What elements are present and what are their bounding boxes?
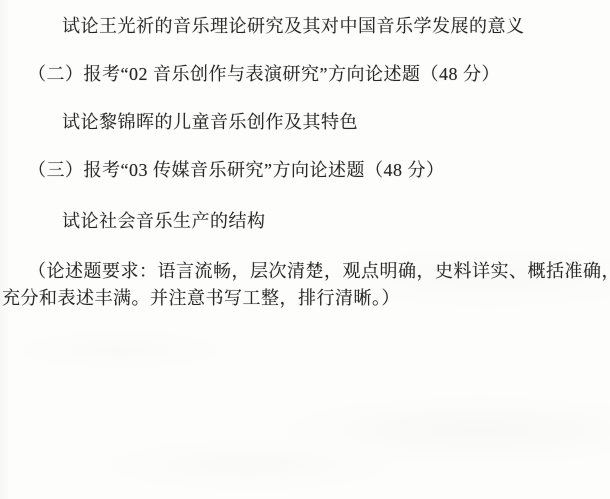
note-requirements-line-1: （论述题要求：语言流畅，层次清楚，观点明确，史料详实、概括准确，举证 xyxy=(28,261,610,281)
essay-question-1: 试论王光祈的音乐理论研究及其对中国音乐学发展的意义 xyxy=(62,16,525,36)
essay-question-3: 试论社会音乐生产的结构 xyxy=(62,211,266,231)
essay-question-2: 试论黎锦晖的儿童音乐创作及其特色 xyxy=(62,112,358,132)
section-heading-2: （二）报考“02 音乐创作与表演研究”方向论述题（48 分） xyxy=(28,64,500,84)
scanned-document-page: 试论王光祈的音乐理论研究及其对中国音乐学发展的意义 （二）报考“02 音乐创作与… xyxy=(0,0,610,499)
section-heading-3: （三）报考“03 传媒音乐研究”方向论述题（48 分） xyxy=(28,160,444,180)
note-requirements-line-2: 充分和表述丰满。并注意书写工整，排行清晰。） xyxy=(2,288,400,308)
